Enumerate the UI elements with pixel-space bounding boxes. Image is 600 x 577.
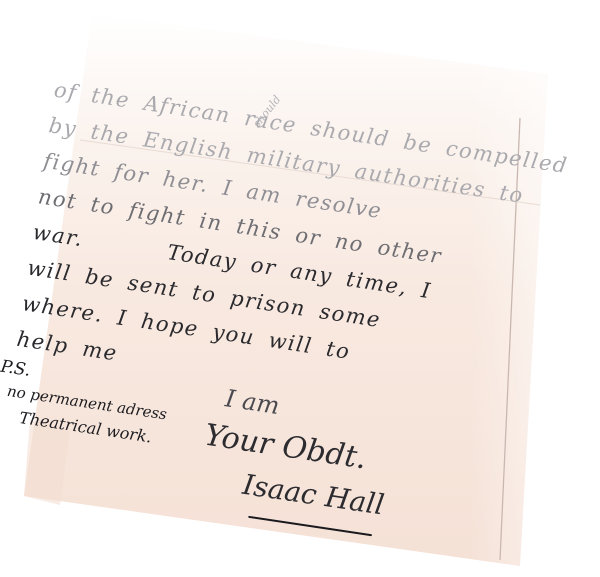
signature-underline xyxy=(248,516,372,536)
letter-photo: of the African race should be compelled … xyxy=(0,0,600,577)
ps-label: P.S. xyxy=(0,357,32,381)
signature: Isaac Hall xyxy=(241,468,387,522)
letter-line-8: help me xyxy=(15,327,119,366)
closing-line-2: Your Obdt. xyxy=(202,418,368,477)
letter-body: of the African race should be compelled … xyxy=(0,38,527,572)
closing-line-1: I am xyxy=(223,384,281,420)
